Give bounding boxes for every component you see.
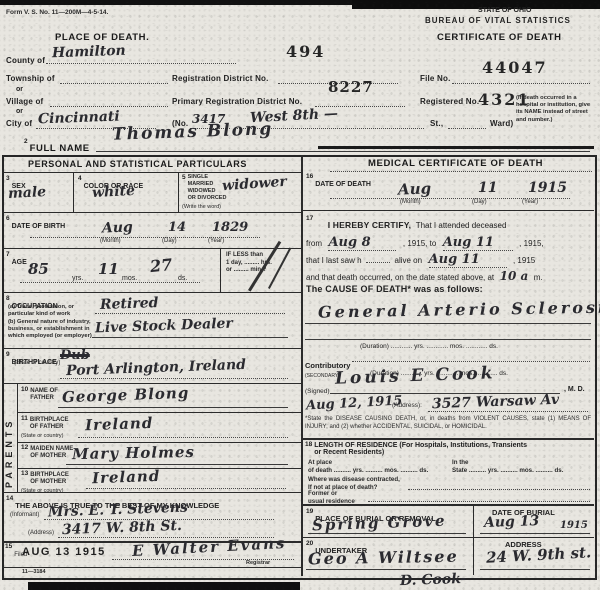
dod-year-sublabel: (Year) [522,199,538,207]
marital-sub-label: (Write the word) [182,204,226,211]
dob-number: 6 [6,215,10,222]
divider-line [2,348,301,349]
occupation-a-value: Retired [100,295,159,313]
filed-number: 15 [5,543,12,550]
dod-field: 16DATE OF DEATH [306,173,371,191]
divider-line [73,172,74,212]
marital-number: 5 [182,174,186,181]
township-label: Township of [6,74,55,83]
residence-number: 18 [305,441,312,448]
occupation-a-rule [95,312,285,314]
age-days-value: 27 [149,255,173,276]
father-name-number: 10 [21,386,28,393]
divider-line [2,492,301,493]
divider-line [178,172,179,212]
certify-line1b: That I attended deceased [416,221,507,230]
dod-month-value: Aug [398,179,432,198]
city-value: Cincinnati [38,109,120,128]
city-label: City of [6,119,32,128]
father-name-rule [58,406,288,408]
bottom-handwritten-note: D. Cook- [400,571,467,589]
registrar-label: Registrar [246,560,270,567]
occupation-number: 8 [6,295,10,302]
mother-name-number: 12 [21,444,28,451]
registration-district-label: Registration District No. [172,74,269,83]
attest-number: 14 [6,495,13,502]
mother-birthplace-rule [86,487,286,489]
dob-rule [30,236,260,238]
certify-line-3: that I last saw h alive on Aug 11 , 1915 [306,250,535,268]
divider-line [303,537,594,538]
county-label: County of [6,56,45,65]
plate-number: 11—3184 [22,569,46,576]
age-rule [20,281,200,283]
undertaker-address-rule [480,568,590,570]
age-field: 7AGE [6,251,27,269]
occupation-a-label: (a) Trade, profession, or particular kin… [8,304,74,318]
dob-month-sublabel: (Month) [100,238,121,246]
ward-label: Ward) [490,119,513,128]
burial-date-rule [480,532,590,534]
burial-date-year: 1915 [560,520,588,531]
father-name-label: NAME OF FATHER [30,388,58,403]
place-of-death-label: PLACE OF DEATH. [55,32,149,43]
file-no-rule [452,82,590,84]
certify-from-label: from [306,239,322,248]
mother-name-rule [66,463,288,465]
primary-registration-label: Primary Registration District No. [172,97,302,106]
birthplace-rule [60,377,288,379]
scan-artifact-smear [318,146,594,149]
marital-field: 5 SINGLE MARRIED WIDOWED OR DIVORCED (Wr… [182,174,226,211]
certify-mid-label: , 1915, to [403,239,436,248]
father-birthplace-sublabel: (State or country) [21,433,69,440]
divider-line [2,383,301,384]
full-name-rule [96,150,590,152]
father-birthplace-number: 11 [21,415,28,422]
county-rule [46,62,236,64]
certify-alive-value: Aug 11 [429,252,507,268]
certify-line-2: from Aug 8 , 1915, to Aug 11 , 1915, [306,233,544,251]
mother-name-label: MAIDEN NAME OF MOTHER [30,446,73,461]
dod-year-value: 1915 [528,180,567,196]
full-name-row: 2FULL NAME [24,138,90,156]
divider-line [2,212,301,213]
undertaker-value: Geo A Wiltsee [308,547,459,569]
county-value: Hamilton [52,43,126,62]
mother-name-field: 12 MAIDEN NAME OF MOTHER [21,444,73,462]
residence-at-place: At place of death .......... yrs. ......… [308,459,428,475]
parents-vertical-label: PARENTS [4,392,14,488]
column-divider [301,155,303,576]
township-rule [60,82,168,84]
certify-alive-tail: , 1915 [513,256,535,265]
father-birthplace-rule [78,436,288,438]
residence-label: LENGTH OF RESIDENCE (For Hospitals, Inst… [314,442,527,456]
certify-occurred-label: and that death occurred, on the date sta… [306,273,494,282]
dod-number: 16 [306,173,313,180]
age-label: AGE [12,259,27,266]
divider-line [220,248,221,292]
sex-value: male [8,184,47,202]
contributory-rule [352,360,590,362]
divider-line [303,210,594,211]
village-rule [50,105,168,107]
informant-address-label: (Address) [28,530,54,538]
scan-artifact-bottom-bar [28,582,300,590]
or-label-1: or [16,86,23,93]
ward-rule [448,127,486,129]
dob-day-value: 14 [168,220,186,235]
mother-birthplace-value: Ireland [92,467,161,487]
registration-district-value: 8227 [328,78,374,96]
residence-field: 18 LENGTH OF RESIDENCE (For Hospitals, I… [305,441,527,459]
certificate-number: 494 [286,42,325,61]
medical-title-rule [330,170,592,172]
occupation-b-label: (b) General nature of industry, business… [8,319,92,341]
age-years-value: 85 [28,260,49,278]
full-name-number: 2 [24,138,28,145]
certify-time-value: 10 a [500,269,529,283]
certify-line1a: I HEREBY CERTIFY, [328,220,412,230]
birthplace-sublabel: (State or country) [14,360,60,368]
divider-line [17,383,18,492]
dod-label: DATE OF DEATH [315,181,371,188]
signature-address-rule [428,410,588,412]
cause-rule-1 [305,322,591,324]
personal-section-title: PERSONAL AND STATISTICAL PARTICULARS [28,159,247,169]
dob-label: DATE OF BIRTH [12,223,66,230]
dob-field: 6DATE OF BIRTH [6,215,65,233]
sex-number: 3 [6,175,10,182]
father-birthplace-label: BIRTHPLACE OF FATHER [30,417,69,432]
cause-rule-2 [305,338,591,340]
signature-address-label: (Address): [392,402,422,410]
dob-year-sublabel: (Year) [208,238,224,246]
street-label: St., [430,119,443,128]
certify-line-4: and that death occurred, on the date sta… [306,267,543,285]
filed-date-stamp: AUG 13 1915 [22,546,106,558]
death-certificate-scan: Form V. S. No. 11—200M—4-5-14. STATE OF … [0,0,600,590]
informant-label: (Informant) [10,512,39,520]
certify-saw-label: that I last saw h [306,256,362,265]
or-label-2: or [16,108,23,115]
file-no-label: File No. [420,74,451,83]
certificate-title: CERTIFICATE OF DEATH [437,32,562,43]
father-birthplace-field: 11 BIRTHPLACE OF FATHER (State or countr… [21,415,69,440]
dod-day-sublabel: (Day) [472,199,487,207]
father-birthplace-value: Ireland [85,414,154,434]
dob-month-value: Aug [102,219,133,236]
file-no-value: 44047 [482,58,548,77]
certify-line-1: 17 I HEREBY CERTIFY, That I attended dec… [306,215,506,233]
mother-name-value: Mary Holmes [72,443,195,463]
certify-time-tail: m. [534,273,543,282]
color-number: 4 [78,175,82,182]
birthplace-struck-value: Dub [60,348,90,363]
divider-line [303,504,594,506]
residence-contracted-rule [408,488,590,490]
divider-line [2,567,301,568]
mother-birthplace-label: BIRTHPLACE OF MOTHER [30,472,69,487]
divider-line [303,438,594,440]
burial-date-value: Aug 13 [484,513,540,531]
state-line: STATE OF OHIO [478,7,531,14]
undertaker-rule [306,568,466,570]
color-value: white [92,183,136,201]
dod-day-value: 11 [478,180,497,196]
mother-birthplace-number: 13 [21,470,28,477]
age-number: 7 [6,251,10,258]
father-name-field: 10 NAME OF FATHER [21,386,58,404]
certify-from-value: Aug 8 [328,235,396,251]
duration-line-1: (Duration) ............ yrs. ...........… [360,343,498,350]
divider-line [2,172,301,173]
registered-no-label: Registered No. [420,97,479,106]
residence-in-state: In the State .......... yrs. .......... … [452,459,563,475]
dob-year-value: 1829 [212,220,248,235]
cause-of-death-label: The CAUSE OF DEATH* was as follows: [306,284,483,294]
certify-tail-label: , 1915, [519,239,543,248]
village-label: Village of [6,97,43,106]
cause-footnote: *State the DISEASE CAUSING DEATH, or, in… [305,416,591,431]
residence-former-rule [368,500,590,502]
burial-number: 19 [306,508,313,515]
form-number: Form V. S. No. 11—200M—4-5-14. [6,9,108,17]
full-name-value: Thomas Blong [112,119,274,145]
signed-label: (Signed) [305,388,330,396]
certify-alive-label: alive on [395,256,423,265]
undertaker-number: 20 [306,540,313,547]
md-label: , M. D. [564,386,585,393]
certify-to-value: Aug 11 [443,235,513,251]
bureau-line: BUREAU OF VITAL STATISTICS [425,16,571,25]
scan-artifact-top-right-bar [352,0,600,9]
divider-line [2,292,301,293]
divider-line [17,412,301,413]
certify-blank [366,254,390,263]
divider-line [2,248,301,249]
medical-section-title: MEDICAL CERTIFICATE OF DEATH [368,158,543,169]
certify-number: 17 [306,215,313,222]
age-months-value: 11 [98,260,119,278]
occupation-b-rule [92,336,288,338]
birthplace-number: 9 [6,351,10,358]
burial-place-rule [308,532,466,534]
hospital-note: (If death occurred in a hospital or inst… [516,95,594,124]
dod-month-sublabel: (Month) [400,199,421,207]
dob-day-sublabel: (Day) [162,238,177,246]
divider-line [473,504,474,575]
full-name-label: FULL NAME [30,143,90,154]
